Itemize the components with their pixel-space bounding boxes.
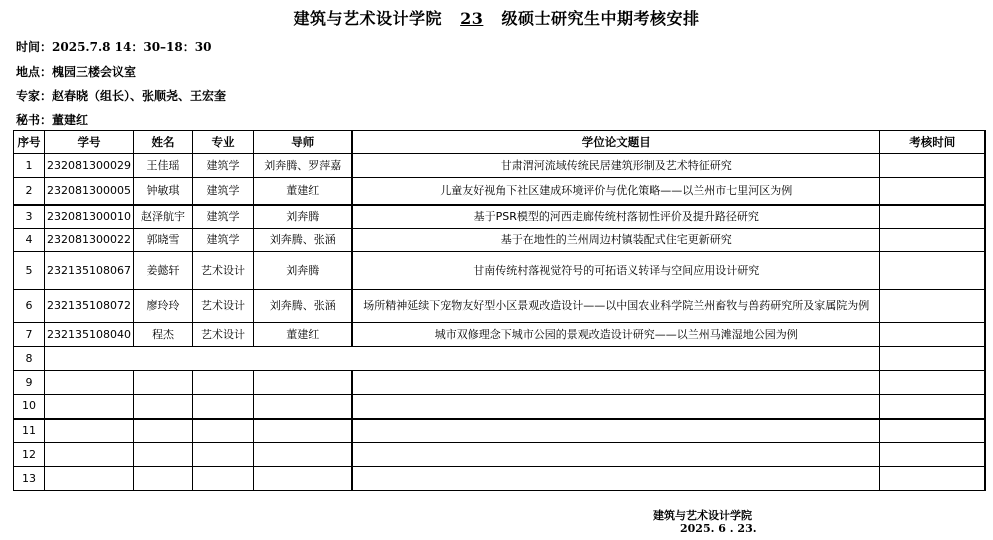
cell-thesis [352, 419, 879, 443]
cell-major: 建筑学 [192, 229, 253, 252]
cell-time [879, 252, 985, 290]
meta-time: 时间：2025.7.8 14：30–18：30 [16, 38, 211, 55]
cell-advisor: 刘奔腾、罗萍嘉 [253, 154, 352, 178]
cell-advisor: 刘奔腾、张涵 [253, 290, 352, 323]
cell-no: 6 [14, 290, 45, 323]
cell-thesis [352, 443, 879, 467]
cell-no: 11 [14, 419, 45, 443]
cell-time [879, 290, 985, 323]
cell-no: 7 [14, 323, 45, 347]
cell-id [45, 467, 134, 491]
cell-id [45, 395, 134, 419]
header-name: 姓名 [133, 131, 192, 154]
header-advisor: 导师 [253, 131, 352, 154]
meta-experts: 专家：赵春晓（组长）、张顺尧、王宏奎 [16, 87, 226, 104]
cell-major: 建筑学 [192, 205, 253, 229]
header-no: 序号 [14, 131, 45, 154]
cell-major [192, 443, 253, 467]
location-label: 地点： [16, 65, 52, 79]
table-row: 11 [14, 419, 986, 443]
table-row: 9 [14, 371, 986, 395]
cell-no: 4 [14, 229, 45, 252]
table-row: 7 232135108040 程杰 艺术设计 董建红 城市双修理念下城市公园的景… [14, 323, 986, 347]
cell-major [192, 467, 253, 491]
table-row: 10 [14, 395, 986, 419]
cell-time [879, 323, 985, 347]
cell-thesis [352, 467, 879, 491]
cell-major: 艺术设计 [192, 323, 253, 347]
cell-advisor [253, 395, 352, 419]
table-row: 6 232135108072 廖玲玲 艺术设计 刘奔腾、张涵 场所精神延续下宠物… [14, 290, 986, 323]
table-row: 3 232081300010 赵泽航宇 建筑学 刘奔腾 基于PSR模型的河西走廊… [14, 205, 986, 229]
cell-no: 10 [14, 395, 45, 419]
cell-advisor [253, 467, 352, 491]
cell-time [879, 178, 985, 205]
cell-advisor [253, 443, 352, 467]
cell-advisor: 刘奔腾 [253, 205, 352, 229]
secretary-label: 秘书： [16, 113, 52, 127]
cell-thesis: 基于在地性的兰州周边村镇装配式住宅更新研究 [352, 229, 879, 252]
cell-no: 5 [14, 252, 45, 290]
header-time: 考核时间 [879, 131, 985, 154]
cell-name [133, 467, 192, 491]
cell-thesis [352, 371, 879, 395]
cell-name [133, 395, 192, 419]
location-value: 槐园三楼会议室 [52, 65, 136, 79]
schedule-table: 序号 学号 姓名 专业 导师 学位论文题目 考核时间 1 23208130002… [13, 130, 986, 491]
cell-name: 郭晓雪 [133, 229, 192, 252]
cell-time [879, 371, 985, 395]
cell-advisor: 董建红 [253, 178, 352, 205]
cell-merged [45, 347, 880, 371]
cell-advisor: 董建红 [253, 323, 352, 347]
cell-time [879, 395, 985, 419]
cell-no: 13 [14, 467, 45, 491]
table-row: 2 232081300005 钟敏琪 建筑学 董建红 儿童友好视角下社区建成环境… [14, 178, 986, 205]
cell-major [192, 395, 253, 419]
cell-no: 2 [14, 178, 45, 205]
cell-time [879, 154, 985, 178]
experts-label: 专家： [16, 89, 52, 103]
table-row: 4 232081300022 郭晓雪 建筑学 刘奔腾、张涵 基于在地性的兰州周边… [14, 229, 986, 252]
secretary-value: 董建红 [52, 113, 88, 127]
cell-major [192, 371, 253, 395]
cell-advisor [253, 371, 352, 395]
document-title: 建筑与艺术设计学院 23 级硕士研究生中期考核安排 [0, 6, 993, 29]
cell-no: 3 [14, 205, 45, 229]
cell-time [879, 347, 985, 371]
cell-id [45, 371, 134, 395]
table-header-row: 序号 学号 姓名 专业 导师 学位论文题目 考核时间 [14, 131, 986, 154]
time-label: 时间： [16, 40, 52, 54]
cell-name [133, 371, 192, 395]
cell-name: 廖玲玲 [133, 290, 192, 323]
cell-name: 钟敏琪 [133, 178, 192, 205]
cell-major [192, 419, 253, 443]
cell-id: 232135108072 [45, 290, 134, 323]
table-row: 8 [14, 347, 986, 371]
cell-no: 1 [14, 154, 45, 178]
cell-id: 232081300022 [45, 229, 134, 252]
header-major: 专业 [192, 131, 253, 154]
cell-name [133, 419, 192, 443]
title-prefix: 建筑与艺术设计学院 [294, 9, 443, 28]
cell-name [133, 443, 192, 467]
meta-location: 地点：槐园三楼会议室 [16, 63, 136, 80]
cell-no: 12 [14, 443, 45, 467]
time-value: 2025.7.8 14：30–18：30 [52, 40, 211, 54]
cell-thesis: 儿童友好视角下社区建成环境评价与优化策略——以兰州市七里河区为例 [352, 178, 879, 205]
title-grade: 23 [448, 9, 495, 28]
cell-major: 建筑学 [192, 154, 253, 178]
cell-time [879, 419, 985, 443]
cell-id: 232135108067 [45, 252, 134, 290]
footer-date: 2025. 6 . 23. [680, 522, 757, 535]
title-suffix: 级硕士研究生中期考核安排 [501, 9, 699, 28]
cell-time [879, 205, 985, 229]
cell-thesis: 甘南传统村落视觉符号的可拓语义转译与空间应用设计研究 [352, 252, 879, 290]
cell-time [879, 467, 985, 491]
cell-advisor [253, 419, 352, 443]
cell-thesis: 城市双修理念下城市公园的景观改造设计研究——以兰州马滩湿地公园为例 [352, 323, 879, 347]
table-row: 12 [14, 443, 986, 467]
cell-name: 姜懿轩 [133, 252, 192, 290]
cell-time [879, 443, 985, 467]
meta-secretary: 秘书：董建红 [16, 111, 88, 128]
cell-id [45, 419, 134, 443]
experts-value: 赵春晓（组长）、张顺尧、王宏奎 [52, 89, 226, 103]
cell-no: 9 [14, 371, 45, 395]
cell-thesis: 场所精神延续下宠物友好型小区景观改造设计——以中国农业科学院兰州畜牧与兽药研究所… [352, 290, 879, 323]
cell-thesis [352, 395, 879, 419]
cell-thesis: 基于PSR模型的河西走廊传统村落韧性评价及提升路径研究 [352, 205, 879, 229]
cell-id: 232081300005 [45, 178, 134, 205]
cell-thesis: 甘肃渭河流域传统民居建筑形制及艺术特征研究 [352, 154, 879, 178]
table-row: 1 232081300029 王佳瑶 建筑学 刘奔腾、罗萍嘉 甘肃渭河流域传统民… [14, 154, 986, 178]
footer-org: 建筑与艺术设计学院 [653, 507, 752, 523]
header-thesis: 学位论文题目 [352, 131, 879, 154]
header-id: 学号 [45, 131, 134, 154]
cell-major: 艺术设计 [192, 252, 253, 290]
cell-name: 程杰 [133, 323, 192, 347]
cell-id: 232081300010 [45, 205, 134, 229]
cell-time [879, 229, 985, 252]
cell-advisor: 刘奔腾 [253, 252, 352, 290]
cell-id: 232081300029 [45, 154, 134, 178]
cell-name: 赵泽航宇 [133, 205, 192, 229]
cell-id: 232135108040 [45, 323, 134, 347]
table-row: 5 232135108067 姜懿轩 艺术设计 刘奔腾 甘南传统村落视觉符号的可… [14, 252, 986, 290]
cell-name: 王佳瑶 [133, 154, 192, 178]
cell-id [45, 443, 134, 467]
cell-no: 8 [14, 347, 45, 371]
cell-advisor: 刘奔腾、张涵 [253, 229, 352, 252]
table-row: 13 [14, 467, 986, 491]
cell-major: 艺术设计 [192, 290, 253, 323]
cell-major: 建筑学 [192, 178, 253, 205]
